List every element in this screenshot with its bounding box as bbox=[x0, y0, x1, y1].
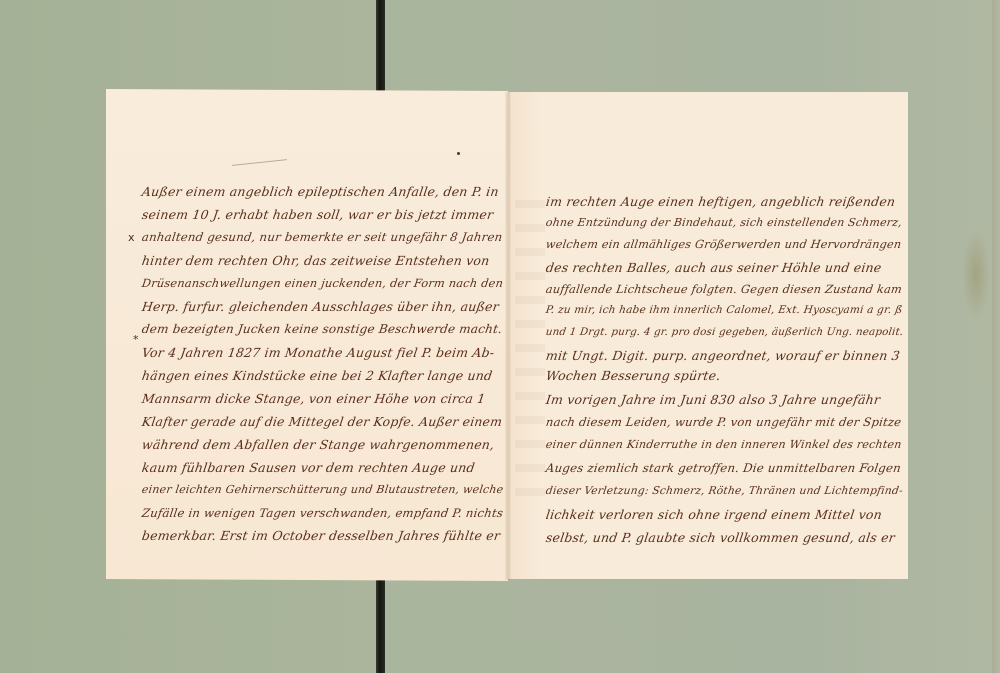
text-line: Drüsenanschwellungen einen juckenden, de… bbox=[141, 276, 504, 290]
text-line: anhaltend gesund, nur bemerkte er seit u… bbox=[141, 230, 503, 244]
right-page-text: im rechten Auge einen heftigen, angeblic… bbox=[545, 194, 900, 534]
text-line: im rechten Auge einen heftigen, angeblic… bbox=[545, 194, 896, 209]
text-line: während dem Abfallen der Stange wahrgeno… bbox=[141, 437, 495, 452]
text-line: mit Ungt. Digit. purp. angeordnet, worau… bbox=[545, 348, 901, 363]
text-line: und 1 Drgt. purg. 4 gr. pro dosi gegeben… bbox=[545, 326, 904, 338]
text-line: hinter dem rechten Ohr, das zeitweise En… bbox=[141, 253, 491, 268]
text-line: Zufälle in wenigen Tagen verschwanden, e… bbox=[141, 506, 504, 520]
board-stain bbox=[962, 230, 990, 320]
left-page-text: Außer einem angeblich epileptischen Anfa… bbox=[141, 184, 501, 524]
text-line: bemerkbar. Erst im October desselben Jah… bbox=[141, 528, 501, 543]
text-line: Außer einem angeblich epileptischen Anfa… bbox=[141, 184, 500, 199]
margin-mark-x: x bbox=[128, 231, 135, 244]
text-line: lichkeit verloren sich ohne irgend einem… bbox=[545, 507, 883, 522]
text-line: P. zu mir, ich habe ihm innerlich Calome… bbox=[545, 304, 903, 316]
text-line: einer dünnen Kinderruthe in den inneren … bbox=[545, 438, 903, 451]
text-line: Mannsarm dicke Stange, von einer Höhe vo… bbox=[141, 391, 487, 406]
text-line: seinem 10 J. erhabt haben soll, war er b… bbox=[141, 207, 494, 222]
text-line: welchem ein allmähliges Größerwerden und… bbox=[545, 238, 902, 251]
book-board-edge bbox=[992, 0, 1000, 673]
text-line: selbst, und P. glaubte sich vollkommen g… bbox=[545, 530, 896, 545]
text-line: auffallende Lichtscheue folgten. Gegen d… bbox=[545, 282, 903, 296]
text-line: hängen eines Kindstücke eine bei 2 Klaft… bbox=[141, 368, 493, 383]
text-line: kaum fühlbaren Sausen vor dem rechten Au… bbox=[141, 460, 476, 475]
text-line: Klafter gerade auf die Mittegel der Kopf… bbox=[141, 414, 503, 429]
text-line: ohne Entzündung der Bindehaut, sich eins… bbox=[545, 216, 903, 229]
ink-bleed-through bbox=[515, 200, 545, 500]
text-line: des rechten Balles, auch aus seiner Höhl… bbox=[545, 260, 883, 275]
text-line: Herp. furfur. gleichenden Ausschlages üb… bbox=[141, 299, 500, 314]
ink-dot bbox=[457, 152, 460, 155]
text-line: Vor 4 Jahren 1827 im Monathe August fiel… bbox=[141, 345, 495, 360]
text-line: dieser Verletzung: Schmerz, Röthe, Thrän… bbox=[545, 484, 904, 497]
text-line: Auges ziemlich stark getroffen. Die unmi… bbox=[545, 461, 902, 475]
text-line: Im vorigen Jahre im Juni 830 also 3 Jahr… bbox=[545, 392, 881, 407]
page-gutter-fold bbox=[505, 92, 511, 580]
text-line: Wochen Besserung spürte. bbox=[545, 368, 722, 383]
text-line: dem bezeigten Jucken keine sonstige Besc… bbox=[141, 322, 503, 336]
margin-mark-asterisk: * bbox=[133, 333, 139, 346]
text-line: nach diesem Leiden, wurde P. von ungefäh… bbox=[545, 415, 902, 429]
text-line: einer leichten Gehirnerschütterung und B… bbox=[141, 483, 504, 496]
